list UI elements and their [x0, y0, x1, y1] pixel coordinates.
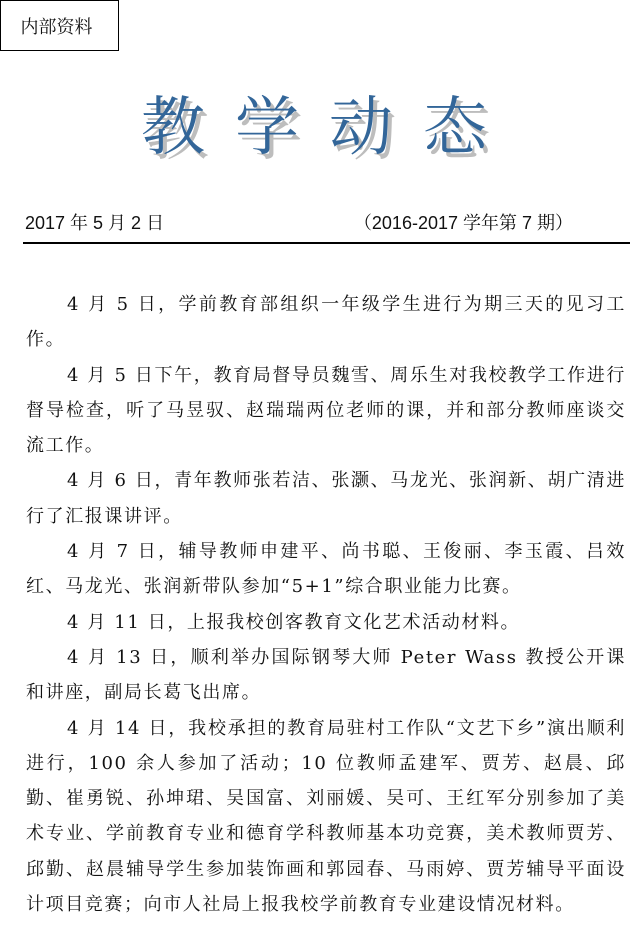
news-entry: 4 月 13 日，顺利举办国际钢琴大师 Peter Wass 教授公开课和讲座，… [26, 640, 626, 711]
issue-number: （2016-2017 学年第 7 期） [354, 209, 573, 235]
news-entry: 4 月 5 日，学前教育部组织一年级学生进行为期三天的见习工作。 [26, 287, 626, 358]
internal-material-stamp: 内部资料 [0, 0, 119, 51]
news-entry: 4 月 11 日，上报我校创客教育文化艺术活动材料。 [26, 605, 626, 640]
publish-date: 2017 年 5 月 2 日 [25, 209, 164, 235]
issue-meta-row: 2017 年 5 月 2 日 （2016-2017 学年第 7 期） [25, 204, 607, 240]
stamp-label: 内部资料 [21, 13, 93, 39]
news-entry: 4 月 5 日下午，教育局督导员魏雪、周乐生对我校教学工作进行督导检查，听了马昱… [26, 358, 626, 464]
news-entry: 4 月 14 日，我校承担的教育局驻村工作队“文艺下乡”演出顺利进行，100 余… [26, 711, 626, 923]
page-title: 教学动态 [0, 88, 630, 168]
news-body: 4 月 5 日，学前教育部组织一年级学生进行为期三天的见习工作。 4 月 5 日… [26, 287, 626, 922]
news-entry: 4 月 7 日，辅导教师申建平、尚书聪、王俊丽、李玉霞、吕效红、马龙光、张润新带… [26, 534, 626, 605]
news-entry: 4 月 6 日，青年教师张若洁、张灏、马龙光、张润新、胡广清进行了汇报课讲评。 [26, 463, 626, 534]
header-divider [23, 242, 630, 244]
